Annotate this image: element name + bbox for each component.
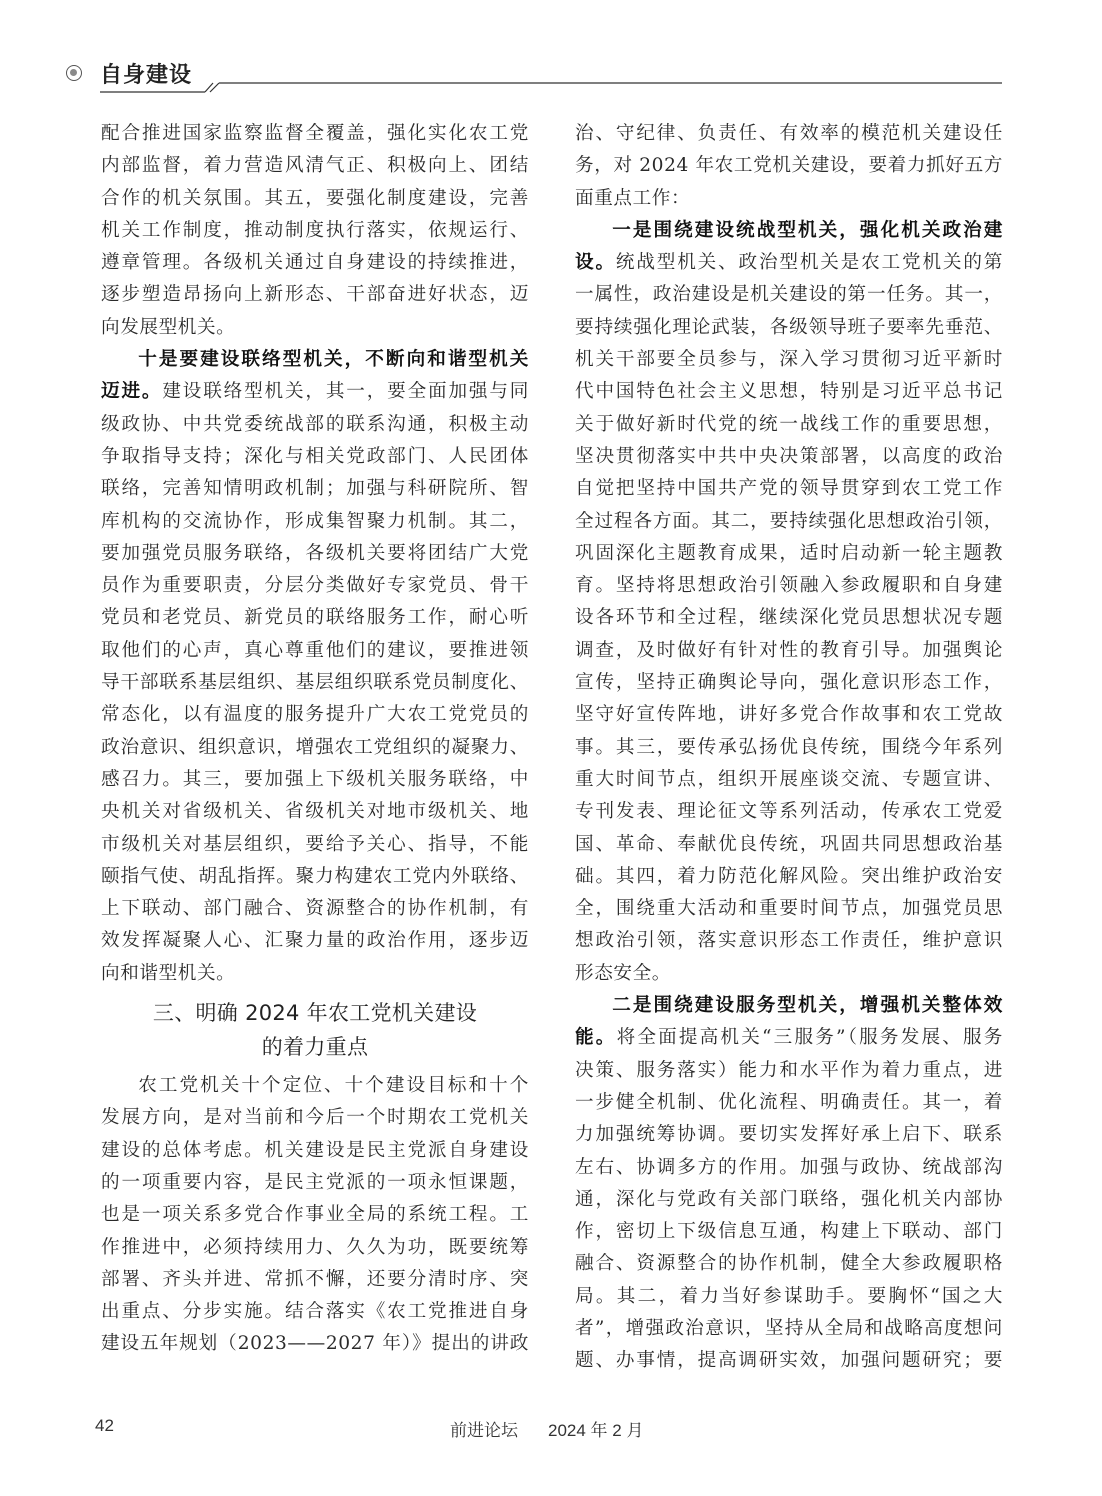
text-line: 合作的机关氛围。其五，要强化制度建设，完善 bbox=[101, 183, 529, 215]
text-line: 坚守好宣传阵地，讲好多党合作故事和农工党故 bbox=[575, 699, 1003, 731]
text-line: 机关工作制度，推动制度执行落实，依规运行、 bbox=[101, 215, 529, 247]
text-line: 争取指导支持；深化与相关党政部门、人民团体 bbox=[101, 441, 529, 473]
text-line: 要持续强化理论武装，各级领导班子要率先垂范、 bbox=[575, 312, 1003, 344]
text-line: 库机构的交流协作，形成集智聚力机制。其二， bbox=[101, 506, 529, 538]
text-line: 设各环节和全过程，继续深化党员思想状况专题 bbox=[575, 602, 1003, 634]
text-line: 取他们的心声，真心尊重他们的建议，要推进领 bbox=[101, 635, 529, 667]
text-line: 务，对 2024 年农工党机关建设，要着力抓好五方 bbox=[575, 150, 1003, 182]
text-line: 局。其二，着力当好参谋助手。要胸怀“国之大 bbox=[575, 1281, 1003, 1313]
text-line: 遵章管理。各级机关通过自身建设的持续推进， bbox=[101, 247, 529, 279]
text-line: 建设的总体考虑。机关建设是民主党派自身建设 bbox=[101, 1135, 529, 1167]
text-line: 发展方向，是对当前和今后一个时期农工党机关 bbox=[101, 1102, 529, 1134]
text-line: 逐步塑造昂扬向上新形态、干部奋进好状态，迈 bbox=[101, 279, 529, 311]
text-line: 题、办事情，提高调研实效，加强问题研究；要 bbox=[575, 1345, 1003, 1377]
text-line: 导干部联系基层组织、基层组织联系党员制度化、 bbox=[101, 667, 529, 699]
text-line: 建设五年规划（2023——2027 年）》提出的讲政 bbox=[101, 1328, 529, 1360]
text-line: 效发挥凝聚人心、汇聚力量的政治作用，逐步迈 bbox=[101, 925, 529, 957]
bold-heading-end: 迈进。 bbox=[101, 381, 162, 402]
text-line: 重大时间节点，组织开展座谈交流、专题宣讲、 bbox=[575, 764, 1003, 796]
bold-heading: 二是围绕建设服务型机关，增强机关整体效 bbox=[612, 995, 1003, 1016]
text-line: 力加强统筹协调。要切实发挥好承上启下、联系 bbox=[575, 1119, 1003, 1151]
text-line: 调查，及时做好有针对性的教育引导。加强舆论 bbox=[575, 635, 1003, 667]
paragraph: 治、守纪律、负责任、有效率的模范机关建设任务，对 2024 年农工党机关建设，要… bbox=[575, 118, 1003, 215]
text-line: 级政协、中共党委统战部的联系沟通，积极主动 bbox=[101, 409, 529, 441]
text-line: 要加强党员服务联络，各级机关要将团结广大党 bbox=[101, 538, 529, 570]
text-line: 全过程各方面。其二，要持续强化思想政治引领， bbox=[575, 506, 1003, 538]
text-line: 上下联动、部门融合、资源整合的协作机制，有 bbox=[101, 893, 529, 925]
text-line: 通，深化与党政有关部门联络，强化机关内部协 bbox=[575, 1184, 1003, 1216]
text-line: 的一项重要内容，是民主党派的一项永恒课题， bbox=[101, 1167, 529, 1199]
text-line: 全，围绕重大活动和重要时间节点，加强党员思 bbox=[575, 893, 1003, 925]
text-line: 融合、资源整合的协作机制，健全大参政履职格 bbox=[575, 1248, 1003, 1280]
text-line: 感召力。其三，要加强上下级机关服务联络，中 bbox=[101, 764, 529, 796]
text-line: 政治意识、组织意识，增强农工党组织的凝聚力、 bbox=[101, 732, 529, 764]
text-line: 也是一项关系多党合作事业全局的系统工程。工 bbox=[101, 1199, 529, 1231]
text-line: 自觉把坚持中国共产党的领导贯穿到农工党工作 bbox=[575, 473, 1003, 505]
subheading: 三、明确 2024 年农工党机关建设 的着力重点 bbox=[101, 996, 529, 1064]
text-line: 决策、服务落实）能力和水平作为着力重点，进 bbox=[575, 1055, 1003, 1087]
text-line: 育。坚持将思想政治引领融入参政履职和自身建 bbox=[575, 570, 1003, 602]
text-line: 代中国特色社会主义思想，特别是习近平总书记 bbox=[575, 376, 1003, 408]
bold-heading: 一是围绕建设统战型机关，强化机关政治建 bbox=[612, 220, 1003, 241]
text-line: 常态化，以有温度的服务提升广大农工党党员的 bbox=[101, 699, 529, 731]
paragraph: 配合推进国家监察监督全覆盖，强化实化农工党内部监督，着力营造风清气正、积极向上、… bbox=[101, 118, 529, 344]
text-line: 出重点、分步实施。结合落实《农工党推进自身 bbox=[101, 1296, 529, 1328]
left-column: 配合推进国家监察监督全覆盖，强化实化农工党内部监督，着力营造风清气正、积极向上、… bbox=[101, 118, 529, 1361]
text-line: 坚决贯彻落实中共中央决策部署，以高度的政治 bbox=[575, 441, 1003, 473]
paragraph-bold-lead: 二是围绕建设服务型机关，增强机关整体效 能。将全面提高机关“三服务”（服务发展、… bbox=[575, 990, 1003, 1378]
paragraph-bold-lead: 十是要建设联络型机关，不断向和谐型机关 迈进。建设联络型机关，其一，要全面加强与… bbox=[101, 344, 529, 990]
text-line: 形态安全。 bbox=[575, 958, 1003, 990]
text-line: 想政治引领，落实意识形态工作责任，维护意识 bbox=[575, 925, 1003, 957]
paragraph-text: 将全面提高机关“三服务”（服务发展、服务 bbox=[617, 1027, 1003, 1048]
text-line: 向发展型机关。 bbox=[101, 312, 529, 344]
bold-heading: 十是要建设联络型机关，不断向和谐型机关 bbox=[138, 349, 529, 370]
text-line: 者”，增强政治意识，坚持从全局和战略高度想问 bbox=[575, 1313, 1003, 1345]
text-line: 一步健全机制、优化流程、明确责任。其一，着 bbox=[575, 1087, 1003, 1119]
text-line: 央机关对省级机关、省级机关对地市级机关、地 bbox=[101, 796, 529, 828]
bold-heading-end: 能。 bbox=[575, 1027, 617, 1048]
text-line: 左右、协调多方的作用。加强与政协、统战部沟 bbox=[575, 1152, 1003, 1184]
subheading-line: 三、明确 2024 年农工党机关建设 bbox=[101, 996, 529, 1030]
text-line: 机关干部要全员参与，深入学习贯彻习近平新时 bbox=[575, 344, 1003, 376]
text-line: 宣传，坚持正确舆论导向，强化意识形态工作， bbox=[575, 667, 1003, 699]
paragraph-text: 统战型机关、政治型机关是农工党机关的第 bbox=[616, 252, 1003, 273]
paragraph-bold-lead: 一是围绕建设统战型机关，强化机关政治建 设。统战型机关、政治型机关是农工党机关的… bbox=[575, 215, 1003, 990]
text-line: 配合推进国家监察监督全覆盖，强化实化农工党 bbox=[101, 118, 529, 150]
text-line: 作推进中，必须持续用力、久久为功，既要统筹 bbox=[101, 1232, 529, 1264]
paragraph-text: 建设联络型机关，其一，要全面加强与同 bbox=[162, 381, 529, 402]
text-line: 关于做好新时代党的统一战线工作的重要思想， bbox=[575, 409, 1003, 441]
issue-date: 2024 年 2 月 bbox=[548, 1416, 643, 1441]
text-line: 治、守纪律、负责任、有效率的模范机关建设任 bbox=[575, 118, 1003, 150]
text-line: 面重点工作： bbox=[575, 183, 1003, 215]
text-line: 专刊发表、理论征文等系列活动，传承农工党爱 bbox=[575, 796, 1003, 828]
section-header: 自身建设 bbox=[62, 58, 1007, 98]
bold-heading-end: 设。 bbox=[575, 252, 616, 273]
text-line: 作，密切上下级信息互通，构建上下联动、部门 bbox=[575, 1216, 1003, 1248]
text-line: 联络，完善知情明政机制；加强与科研院所、智 bbox=[101, 473, 529, 505]
journal-name: 前进论坛 bbox=[450, 1416, 518, 1441]
text-line: 员作为重要职责，分层分类做好专家党员、骨干 bbox=[101, 570, 529, 602]
text-line: 向和谐型机关。 bbox=[101, 958, 529, 990]
text-line: 国、革命、奉献优良传统，巩固共同思想政治基 bbox=[575, 829, 1003, 861]
header-rule bbox=[62, 58, 1007, 98]
text-line: 农工党机关十个定位、十个建设目标和十个 bbox=[101, 1070, 529, 1102]
text-line: 一属性，政治建设是机关建设的第一任务。其一， bbox=[575, 279, 1003, 311]
paragraph: 农工党机关十个定位、十个建设目标和十个发展方向，是对当前和今后一个时期农工党机关… bbox=[101, 1070, 529, 1361]
text-line: 巩固深化主题教育成果，适时启动新一轮主题教 bbox=[575, 538, 1003, 570]
text-line: 颐指气使、胡乱指挥。聚力构建农工党内外联络、 bbox=[101, 861, 529, 893]
text-line: 事。其三，要传承弘扬优良传统，围绕今年系列 bbox=[575, 732, 1003, 764]
text-line: 市级机关对基层组织，要给予关心、指导，不能 bbox=[101, 829, 529, 861]
text-line: 党员和老党员、新党员的联络服务工作，耐心听 bbox=[101, 602, 529, 634]
text-line: 部署、齐头并进、常抓不懈，还要分清时序、突 bbox=[101, 1264, 529, 1296]
right-column: 治、守纪律、负责任、有效率的模范机关建设任务，对 2024 年农工党机关建设，要… bbox=[575, 118, 1003, 1378]
subheading-line: 的着力重点 bbox=[101, 1030, 529, 1064]
page-number: 42 bbox=[95, 1416, 114, 1436]
text-line: 础。其四，着力防范化解风险。突出维护政治安 bbox=[575, 861, 1003, 893]
text-line: 内部监督，着力营造风清气正、积极向上、团结 bbox=[101, 150, 529, 182]
